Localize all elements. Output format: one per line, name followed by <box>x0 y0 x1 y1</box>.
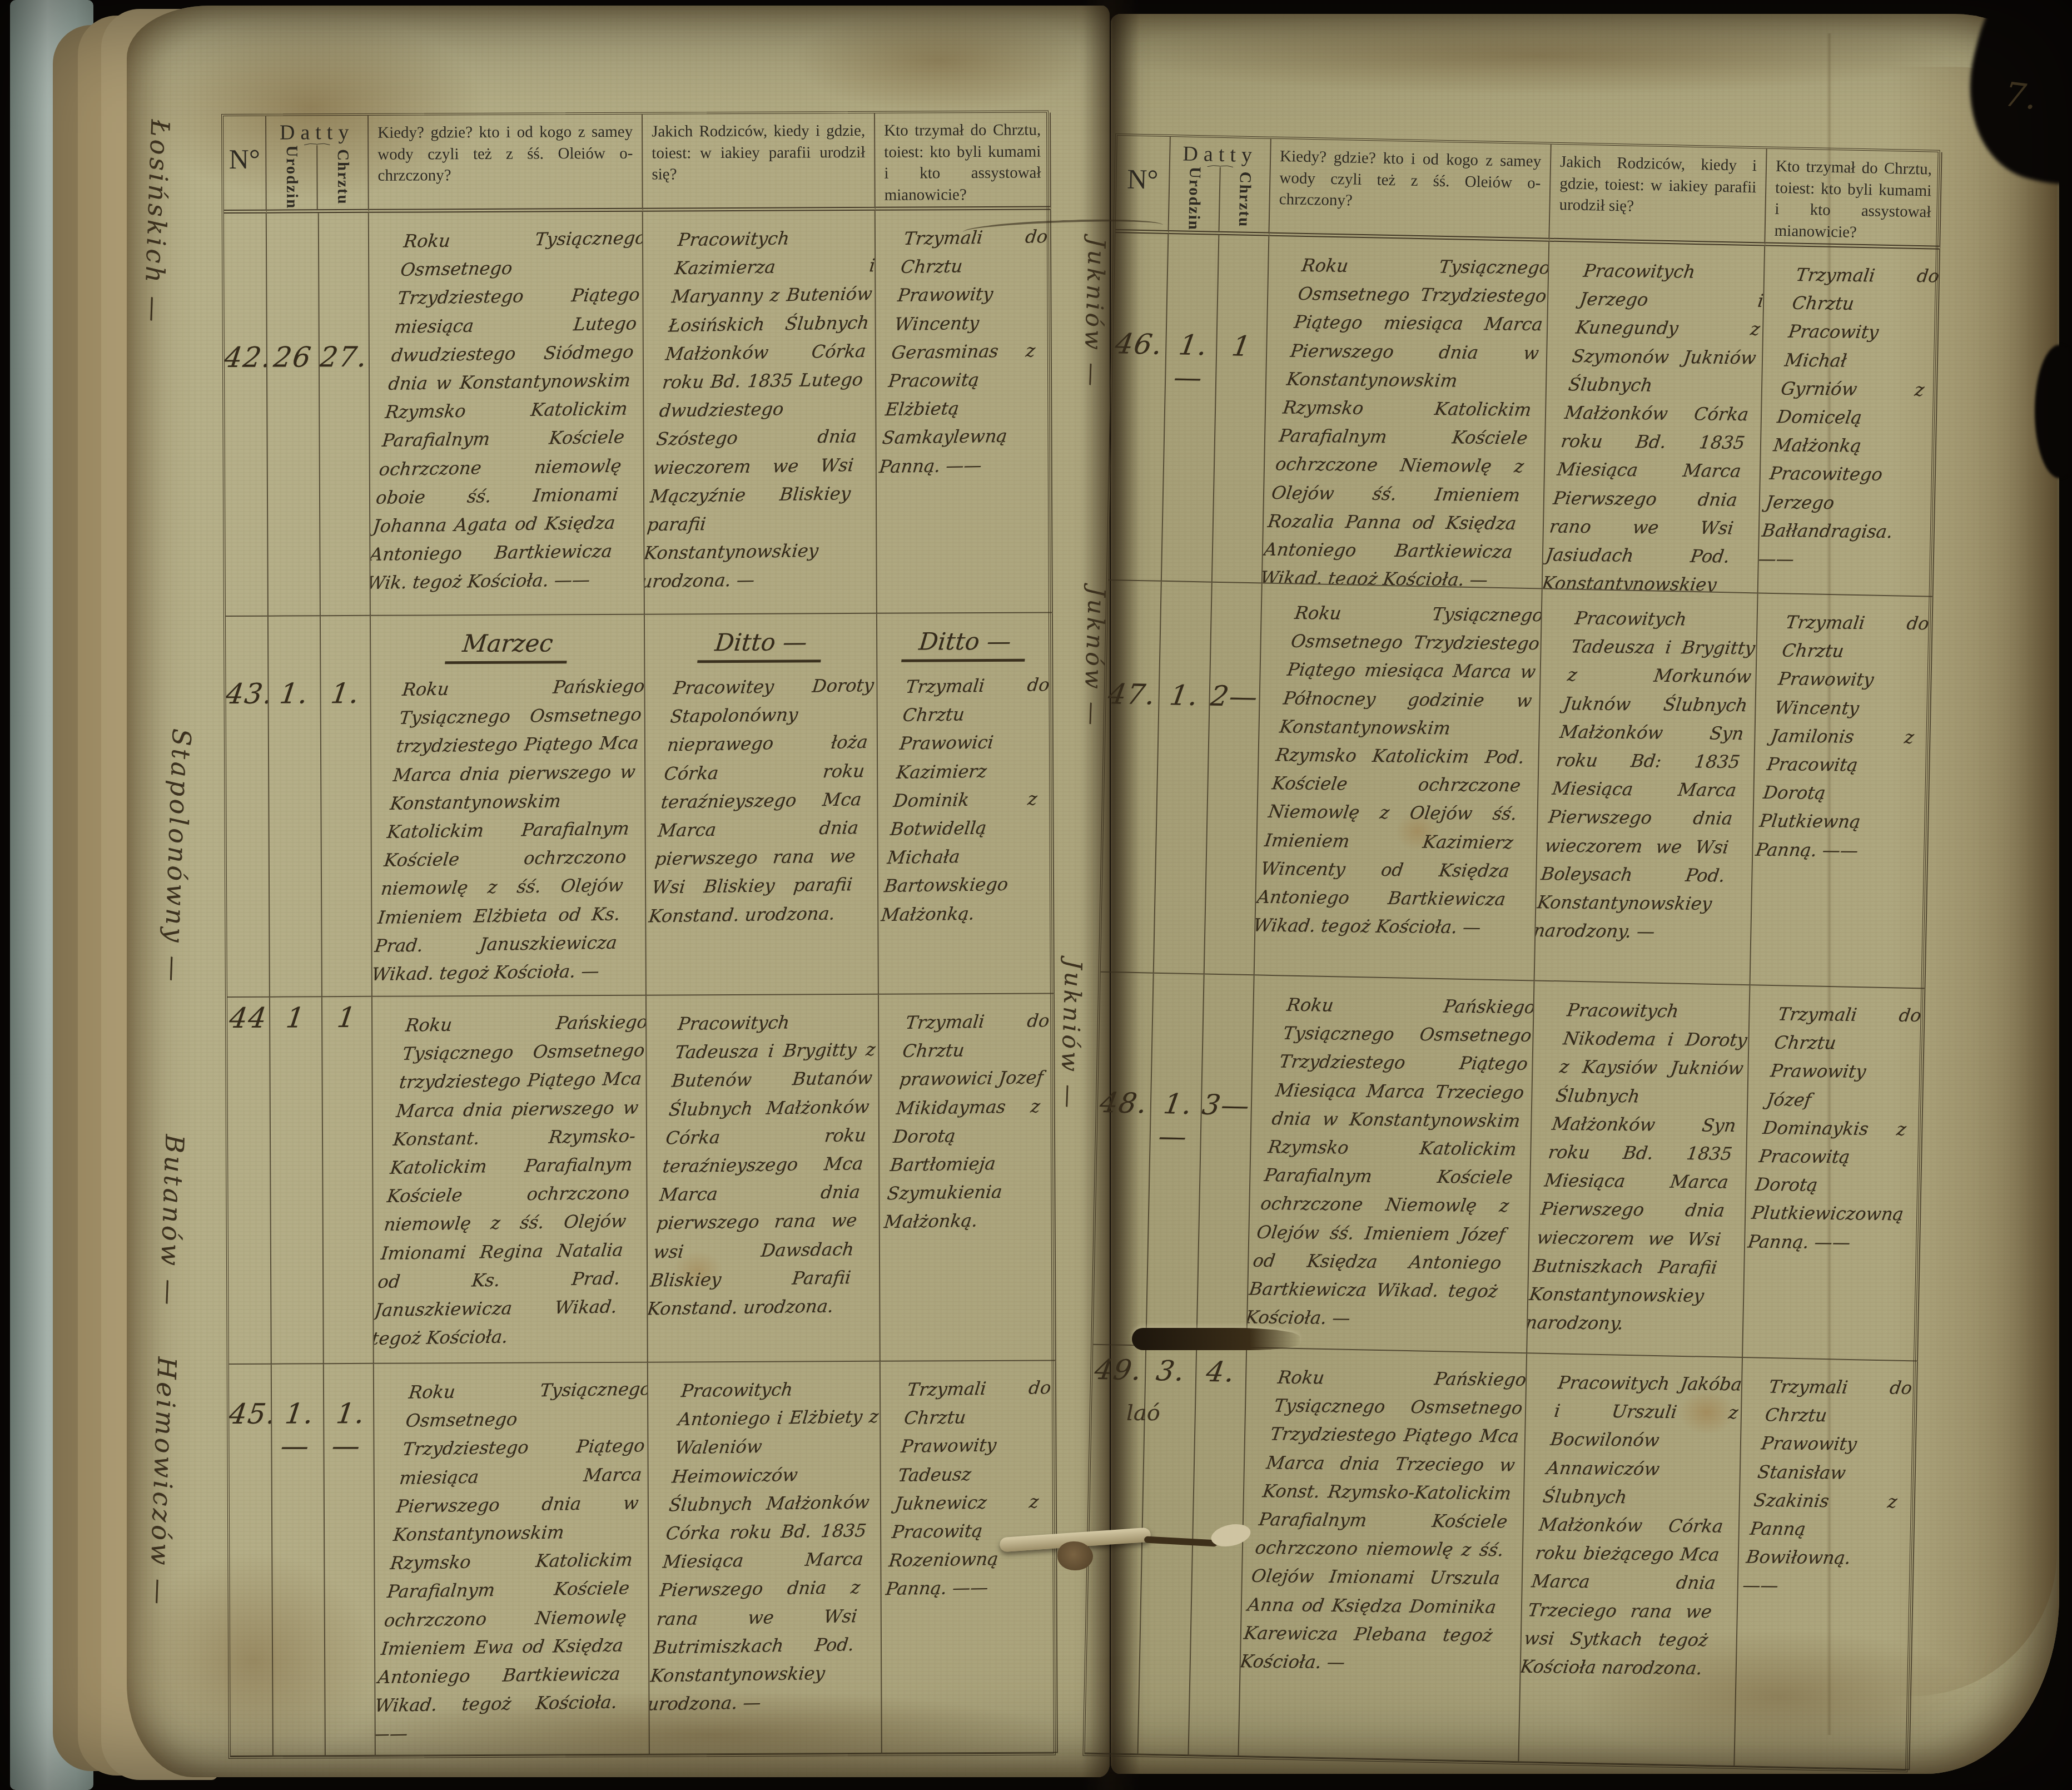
baptism-date: 1.— <box>324 1397 376 1462</box>
paper-tear <box>1132 1328 1300 1350</box>
record-number: 43. <box>226 678 270 710</box>
birth-date-cell: 1 <box>270 997 324 1364</box>
godparents-entry: Trzymali do Chrztu Prawowity Wincenty Ja… <box>1754 608 1931 865</box>
gutter-note-fragment: laó <box>1126 1400 1160 1426</box>
baptism-date-cell: 1. <box>321 616 372 997</box>
godparents-entry: Trzymali do Chrztu Prawowity Tadeusz Juk… <box>885 1374 1053 1604</box>
ditto-heading-label: Ditto — <box>901 628 1028 662</box>
godparents-entry: Trzymali do Chrztu Prawowici Kazimierz D… <box>880 671 1051 929</box>
col-header-parents: Jakich Rodziców, kiedy i gdzie, toiest: … <box>643 113 876 212</box>
godparents-entry: Trzymali do Chrztu Prawowity Stanisław S… <box>1741 1372 1914 1601</box>
baptism-entry: Roku Pańskiego Tysiącznego Osmsetnego Tr… <box>1247 991 1534 1334</box>
col-header-number: N° <box>223 116 267 214</box>
ditto-heading-label: Ditto — <box>697 628 824 663</box>
record-number: 46. <box>1113 328 1166 361</box>
ditto-heading: Ditto — <box>659 628 862 663</box>
col-header-godparents: Kto trzymał do Chrztu, toiest: kto byli … <box>1765 149 1942 250</box>
godparents-entry-cell: Trzymali do Chrztu prawowici Jozef Mikid… <box>879 994 1056 1361</box>
baptism-date-cell: 27. <box>319 213 371 616</box>
parents-entry: Pracowitey Doroty Stapolonówny niepraweg… <box>647 671 875 930</box>
birth-date: 1. <box>1167 679 1201 712</box>
col-header-baptism-date: Chrztu <box>316 145 368 209</box>
godparents-entry: Trzymali do Chrztu prawowici Jozef Mikid… <box>883 1006 1051 1237</box>
birth-date: 1.— <box>272 1397 326 1462</box>
record-number: 45. <box>229 1398 274 1430</box>
baptism-date: 1. <box>329 677 362 710</box>
col-header-godparents: Kto trzymał do Chrztu, toiest: kto byli … <box>875 112 1051 210</box>
book-scan: { "palette": { "background": "#0b0806", … <box>0 0 2072 1790</box>
baptism-entry: Roku Pańskiego Tysiącznego Osmsetnego tr… <box>371 672 646 989</box>
record-number: 48. <box>1098 1087 1151 1120</box>
page-number: 7. <box>2003 75 2039 117</box>
baptism-entry-cell: Roku Pańskiego Tysiącznego Osmsetnego Tr… <box>1247 975 1534 1353</box>
baptism-date: 2— <box>1208 680 1261 713</box>
month-heading-label: Marzec <box>445 629 570 664</box>
col-header-number-label: N° <box>1127 163 1159 195</box>
birth-date-cell: 1.— <box>1162 234 1220 583</box>
baptism-date: 1 <box>335 1001 359 1034</box>
baptism-entry: Roku Tysiącznego Osmsetnego Trzydziesteg… <box>369 224 645 597</box>
baptism-date-cell: 1.— <box>324 1364 376 1756</box>
baptism-entry-cell: Roku Pańskiego Tysiącznego Osmsetnego Tr… <box>1239 1348 1527 1762</box>
dates-header-label: Datty <box>1170 137 1270 168</box>
godparents-entry-cell: Trzymali do Chrztu Pracowity Michał Gyrn… <box>1758 246 1940 597</box>
birth-date: 1.— <box>1146 1088 1204 1153</box>
birth-date-cell: 1. <box>1154 582 1213 975</box>
month-heading: Marzec <box>385 629 630 665</box>
godparents-entry: Trzymali do Chrztu Prawowity Józef Domin… <box>1746 1000 1923 1257</box>
baptism-date-cell: 4. <box>1189 1347 1247 1757</box>
godparents-entry-cell: Trzymali do Chrztu Prawowity Tadeusz Juk… <box>881 1361 1058 1753</box>
col-header-baptism: Kiedy? gdzie? kto i od kogo z samey wody… <box>1269 139 1551 242</box>
birth-date-cell: 1. <box>269 616 322 997</box>
col-header-number-label: N° <box>229 143 260 175</box>
baptism-date: 4. <box>1204 1356 1238 1389</box>
register-table-left: N° Datty Urodzin Chrztu Kiedy? gdzie? kt… <box>221 111 1056 1759</box>
parents-entry-cell: Pracowitych Jerzego i Kunegundy z Szymon… <box>1543 242 1765 594</box>
godparents-entry-cell: Trzymali do Chrztu Prawowity Wincenty Ge… <box>876 210 1053 613</box>
baptism-entry-cell: Roku Pańskiego Tysiącznego Osmsetnego tr… <box>372 996 648 1364</box>
baptism-entry-cell: Roku Tysiącznego Osmsetnego Trzydziesteg… <box>1255 583 1543 981</box>
record-number-cell: 44 <box>227 998 272 1365</box>
dates-header-label: Datty <box>266 116 367 145</box>
birth-date: 1.— <box>1162 329 1220 394</box>
birth-date: 1 <box>284 1001 307 1034</box>
col-header-dates: Datty Urodzin Chrztu <box>266 116 369 214</box>
godparents-entry-cell: Trzymali do Chrztu Prawowity Józef Domin… <box>1743 985 1925 1361</box>
birth-date: 1. <box>278 677 311 710</box>
col-header-parents: Jakich Rodziców, kiedy i gdzie, toiest: … <box>1549 145 1767 246</box>
record-number-cell: 47. <box>1101 581 1162 974</box>
col-header-birth-date: Urodzin <box>1169 166 1220 231</box>
gutter-note: Jukniów — <box>1055 959 1087 1111</box>
godparents-entry: Trzymali do Chrztu Pracowity Michał Gyrn… <box>1758 261 1940 574</box>
baptism-date: 1 <box>1230 330 1254 363</box>
birth-date-cell: 1.— <box>1146 974 1204 1347</box>
col-header-birth-date: Urodzin <box>266 145 317 209</box>
ditto-heading: Ditto — <box>891 628 1038 662</box>
gutter-note: Jukniów — <box>1078 237 1110 389</box>
godparents-entry-cell: Ditto — Trzymali do Chrztu Prawowici Kaz… <box>877 613 1055 994</box>
parents-entry-cell: Pracowitych Tadeusza i Brygitty z Butenó… <box>647 995 881 1363</box>
record-number: 47. <box>1106 678 1159 711</box>
godparents-entry-cell: Trzymali do Chrztu Prawowity Stanisław S… <box>1735 1358 1918 1770</box>
godparents-entry-cell: Trzymali do Chrztu Prawowity Wincenty Ja… <box>1750 593 1933 989</box>
record-number-cell: 43. <box>226 617 270 998</box>
parents-entry-cell: Pracowitych Kazimierza i Maryanny z Bute… <box>643 211 877 615</box>
parents-entry: Pracowitych Tadeusza i Brygitty z Butenó… <box>647 1007 880 1323</box>
godparents-entry: Trzymali do Chrztu Prawowity Wincenty Ge… <box>878 222 1049 481</box>
baptism-entry-cell: Roku Tysiącznego Osmsetnego Trzydziesteg… <box>374 1363 650 1756</box>
parents-entry-cell: Pracowitych Nikodema i Doroty z Kaysiów … <box>1527 981 1750 1358</box>
baptism-date-cell: 1 <box>1213 235 1270 584</box>
birth-date: 26 <box>272 341 314 373</box>
parents-entry: Pracowitych Kazimierza i Maryanny z Bute… <box>643 223 877 596</box>
parents-entry-cell: Pracowitych Jakóba i Urszuli z Bocwilonó… <box>1519 1353 1743 1767</box>
col-header-baptism: Kiedy? gdzie? kto i od kogo z samey wody… <box>369 115 643 213</box>
record-number-cell: 45. <box>229 1365 274 1757</box>
record-number: 42. <box>224 341 269 374</box>
record-number-cell: 46. <box>1109 233 1169 582</box>
binding-thread-knot <box>1057 1541 1093 1570</box>
parents-entry-cell: Ditto — Pracowitey Doroty Stapolonówny n… <box>645 614 879 996</box>
parents-entry: Pracowitych Nikodema i Doroty z Kaysiów … <box>1527 996 1750 1338</box>
parents-entry: Pracowitych Jerzego i Kunegundy z Szymon… <box>1543 257 1765 594</box>
parents-entry-cell: Pracowitych Antoniego i Elżbiety z Walen… <box>648 1362 882 1755</box>
gutter-note: Juknów — <box>1079 587 1111 728</box>
baptism-date-cell: 1 <box>322 997 374 1364</box>
baptism-entry: Roku Pańskiego Tysiącznego Osmsetnego tr… <box>372 1008 648 1353</box>
parents-entry-cell: Pracowitych Tadeusza i Brygitty z Morkun… <box>1535 589 1758 986</box>
baptism-entry-cell: Roku Tysiącznego Osmsetnego Trzydziesteg… <box>1263 236 1549 589</box>
baptism-entry-cell: Marzec Roku Pańskiego Tysiącznego Osmset… <box>371 615 647 997</box>
birth-date-cell: 1.— <box>272 1364 326 1756</box>
baptism-entry-cell: Roku Tysiącznego Osmsetnego Trzydziesteg… <box>369 212 645 616</box>
baptism-entry: Roku Tysiącznego Osmsetnego Trzydziesteg… <box>374 1375 650 1748</box>
register-table-right: N° Datty Urodzin Chrztu Kiedy? gdzie? kt… <box>1082 133 1940 1772</box>
parents-entry: Pracowitych Antoniego i Elżbiety z Walen… <box>648 1374 882 1719</box>
baptism-date-cell: 2— <box>1205 583 1263 976</box>
baptism-entry: Roku Pańskiego Tysiącznego Osmsetnego Tr… <box>1239 1363 1527 1678</box>
record-number: 49. <box>1092 1353 1145 1387</box>
birth-date-cell: 26 <box>267 213 321 616</box>
record-number-cell: 48. <box>1093 973 1154 1346</box>
record-number: 44 <box>227 1002 269 1034</box>
baptism-date-cell: 3— <box>1197 975 1254 1348</box>
baptism-date: 3— <box>1200 1089 1253 1122</box>
baptism-entry: Roku Tysiącznego Osmsetnego Trzydziesteg… <box>1255 599 1543 942</box>
record-number-cell: 42. <box>224 214 269 617</box>
baptism-date: 27. <box>319 341 370 373</box>
margin-note: Butanów — <box>154 1134 190 1308</box>
birth-date: 3. <box>1154 1355 1187 1387</box>
col-header-dates: Datty Urodzin Chrztu <box>1169 137 1271 236</box>
col-header-baptism-date: Chrztu <box>1218 167 1270 232</box>
parents-entry: Pracowitych Jakóba i Urszuli z Bocwilonó… <box>1519 1368 1743 1683</box>
baptism-entry: Roku Tysiącznego Osmsetnego Trzydziesteg… <box>1263 251 1549 589</box>
parents-entry: Pracowitych Tadeusza i Brygitty z Morkun… <box>1535 604 1758 947</box>
